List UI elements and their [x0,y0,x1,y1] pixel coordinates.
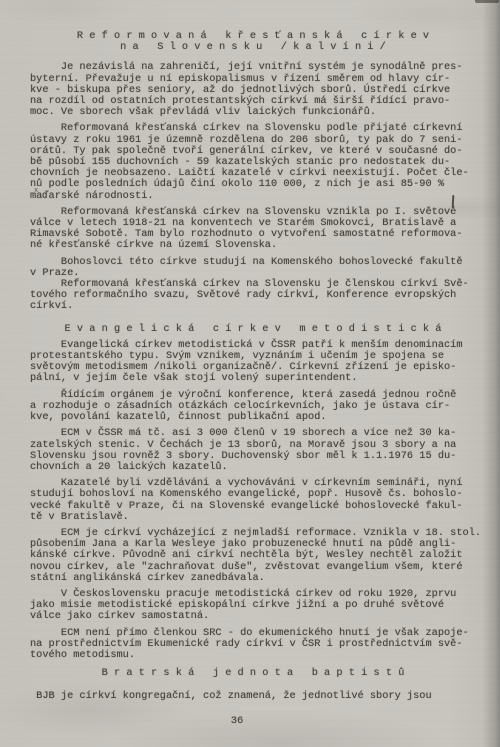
text-line: pální, v jejím čele však stojí volený su… [30,373,476,384]
text-line: Bohoslovci této církve studují na Komens… [30,257,476,268]
paragraph: Reformovaná křesťanská církev na Slovens… [30,207,476,252]
scanned-document-page: R e f o r m o v a n á k ř e s ť a n s k … [0,0,500,747]
text-line: né křesťanské církve na území Slovenska. [30,240,476,251]
section: E v a n g e l i c k á c í r k e v m e t … [30,324,476,661]
paragraph: Řídícím orgánem je výroční konference, k… [30,390,476,424]
paragraph: V Československu pracuje metodistická cí… [30,589,476,623]
text-line: církví. [30,301,476,312]
heading-line: B r a t r s k á j e d n o t a b a p t i … [30,668,476,679]
text-line: kve, povolání kazatelů, činnost publikač… [30,412,476,423]
section: B r a t r s k á j e d n o t a b a p t i … [30,668,476,702]
text-line: tě v Bratislavě. [30,512,476,523]
paragraph: BJB je církví kongregační, což znamená, … [30,691,476,702]
paragraph: ECM není přímo členkou SRC - do ekumenic… [30,628,476,662]
text-line: nů podle posledních údajů činí okolo 110… [30,179,476,190]
paragraph: ECM je církví vycházející z nejmladší re… [30,528,476,584]
paragraph: Je nezávislá na zahreničí, její vnitřní … [30,62,476,118]
page-number: 36 [0,715,474,727]
section: R e f o r m o v a n á k ř e s ť a n s k … [30,31,476,313]
paragraph: Reformovaná křesťanská církev na Slovens… [30,123,476,201]
text-line: kánské církve. Původně ani církví nechtě… [30,550,476,561]
text-line: Reformovaná křesťanská církev na Slovens… [30,123,476,134]
paragraph: Kazatelé byli vzděláváni a vychováváni v… [30,478,476,523]
text-line: válce jako církev samostatná. [30,611,476,622]
text-line: ECM v ČSSR má tč. asi 3 000 členů v 19 s… [30,428,476,439]
typed-correction-mark-artifact: x [34,187,38,195]
text-line: tového metodismu. [30,650,476,661]
document-content: R e f o r m o v a n á k ř e s ť a n s k … [30,31,476,703]
text-line: studují bohosloví na Komenského evangeli… [30,489,476,500]
scan-edge-smudge-artifact [475,0,499,3]
text-line: Je nezávislá na zahreničí, její vnitřní … [30,62,476,73]
text-line: chovních a 20 laických kazatelů. [30,462,476,473]
text-line: maďarské národnosti. [30,191,476,202]
paragraph: Evangelická církev metodistická v ČSSR p… [30,340,476,385]
text-line: BJB je církví kongregační, což znamená, … [30,691,476,702]
text-line: moc. Ve sborech však převládá vliv laick… [30,107,476,118]
paragraph: Reformovaná křesťanská církev na Slovens… [30,279,476,313]
paragraph: ECM v ČSSR má tč. asi 3 000 členů v 19 s… [30,428,476,473]
heading-line: n a S l o v e n s k u / k a l v í n i / [30,42,476,53]
text-line: státní anglikánská církev zanedbávala. [30,573,476,584]
section-heading: E v a n g e l i c k á c í r k e v m e t … [30,324,476,335]
paragraph: Bohoslovci této církve studují na Komens… [30,257,476,279]
document-title: R e f o r m o v a n á k ř e s ť a n s k … [30,31,476,53]
text-line: tového reformačního svazu, Světové rady … [30,290,476,301]
heading-line: E v a n g e l i c k á c í r k e v m e t … [30,324,476,335]
section-heading: B r a t r s k á j e d n o t a b a p t i … [30,668,476,679]
